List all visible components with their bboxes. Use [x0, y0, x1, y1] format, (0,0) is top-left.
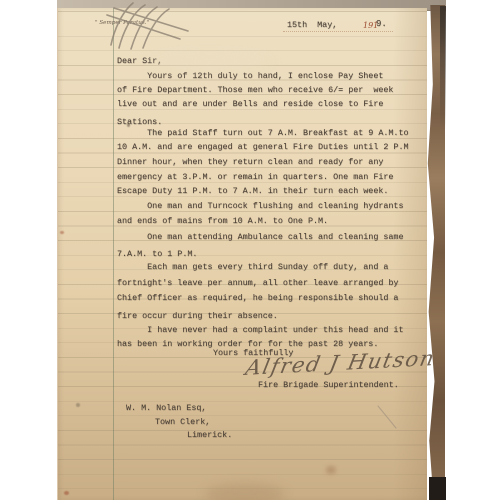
- addressee-city: Limerick.: [187, 431, 232, 440]
- letter-line: of Fire Department. Those men who receiv…: [117, 86, 393, 95]
- letter-line: The paid Staff turn out 7 A.M. Breakfast…: [117, 129, 409, 138]
- page-right-shading: [393, 8, 427, 500]
- letter-line: Escape Duty 11 P.M. to 7 A.M. in their t…: [117, 187, 388, 196]
- letter-line: Yours of 12th duly to hand, I enclose Pa…: [117, 72, 383, 81]
- letter-line: Dear Sir,: [117, 57, 162, 66]
- motto-semper-paratus: " Semper Paratus.": [95, 20, 149, 26]
- addressee-name: W. M. Nolan Esq,: [126, 404, 206, 413]
- date: 15th May,: [287, 21, 337, 30]
- binding-dark-patch: [429, 477, 446, 500]
- letter-line: emergency at 3.P.M. or remain in quarter…: [117, 173, 393, 182]
- letter-line: Stations.: [117, 118, 162, 127]
- letter-line: and ends of mains from 10 A.M. to One P.…: [117, 217, 328, 226]
- letter-line: 7.A.M. to 1 P.M.: [117, 250, 197, 259]
- margin-line: [113, 8, 114, 500]
- letter-line: Dinner hour, when they return clean and …: [117, 158, 383, 167]
- letter-page: [57, 8, 427, 500]
- letter-photo: " Semper Paratus." 15th May, 191 9. Dear…: [0, 0, 500, 500]
- binding-shadow: [440, 6, 446, 130]
- date-year-typed: 9.: [376, 20, 387, 29]
- letter-line: live out and are under Bells and reside …: [117, 100, 383, 109]
- letter-line: Each man gets every third Sunday off dut…: [117, 263, 388, 272]
- letter-line: One man attending Ambulance calls and cl…: [117, 233, 403, 242]
- letter-line: 10 A.M. and are engaged at general Fire …: [117, 143, 409, 152]
- letter-line: I have never had a complaint under this …: [117, 326, 403, 335]
- letter-line: Chief Officer as required, he being resp…: [117, 294, 398, 303]
- signature-title: Fire Brigade Superintendent.: [258, 381, 399, 390]
- letter-line: fire occur during their absence.: [117, 312, 278, 321]
- addressee-title: Town Clerk,: [155, 418, 210, 427]
- letter-line: fortnight's leave per annum, all other l…: [117, 279, 398, 288]
- letter-line: One man and Turncock flushing and cleani…: [117, 202, 403, 211]
